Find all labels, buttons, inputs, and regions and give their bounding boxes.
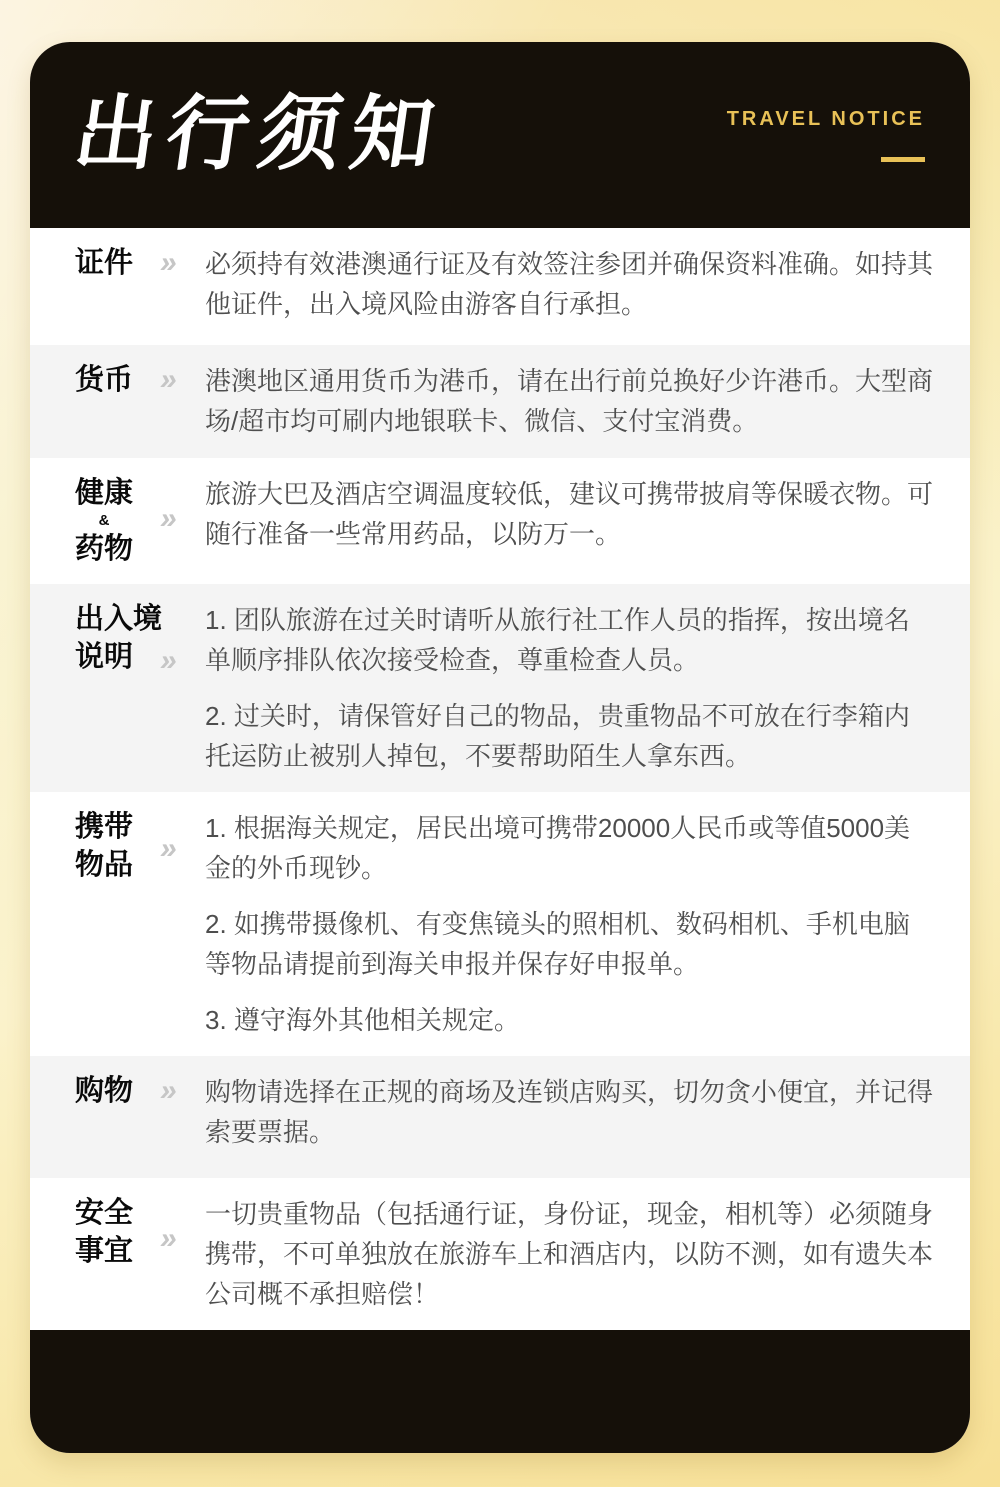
section-documents: 证件 » 必须持有效港澳通行证及有效签注参团并确保资料准确。如持其他证件，出入境… (30, 228, 970, 345)
section-text: 1. 团队旅游在过关时请听从旅行社工作人员的指挥，按出境名单顺序排队依次接受检查… (205, 600, 935, 776)
paragraph: 港澳地区通用货币为港币，请在出行前兑换好少许港币。大型商场/超市均可刷内地银联卡… (205, 361, 935, 441)
section-label-line: 安全 (75, 1194, 160, 1232)
double-chevron-icon: » (160, 830, 205, 868)
section-label-line: 事宜 (75, 1232, 160, 1270)
paragraph: 旅游大巴及酒店空调温度较低，建议可携带披肩等保暖衣物。可随行准备一些常用药品，以… (205, 474, 935, 554)
double-chevron-icon: » (160, 361, 205, 399)
page-subtitle: TRAVEL NOTICE (727, 109, 925, 129)
paragraph: 购物请选择在正规的商场及连锁店购买，切勿贪小便宜，并记得索要票据。 (205, 1072, 935, 1152)
paragraph: 必须持有效港澳通行证及有效签注参团并确保资料准确。如持其他证件，出入境风险由游客… (205, 244, 935, 324)
section-text: 必须持有效港澳通行证及有效签注参团并确保资料准确。如持其他证件，出入境风险由游客… (205, 244, 935, 324)
double-chevron-icon: » (160, 1072, 205, 1110)
gold-dash-decoration (881, 157, 925, 162)
section-label-line: 证件 (75, 244, 160, 282)
section-label-line: 购物 (75, 1072, 160, 1110)
section-label: 健康 & 药物 (75, 474, 133, 568)
paragraph: 2. 如携带摄像机、有变焦镜头的照相机、数码相机、手机电脑等物品请提前到海关申报… (205, 904, 935, 984)
section-label-line: 说明 (75, 638, 160, 676)
section-text: 一切贵重物品（包括通行证，身份证，现金，相机等）必须随身携带，不可单独放在旅游车… (205, 1194, 935, 1314)
section-label: 出入境 说明 (75, 600, 160, 676)
double-chevron-icon: » (160, 642, 205, 680)
section-text: 旅游大巴及酒店空调温度较低，建议可携带披肩等保暖衣物。可随行准备一些常用药品，以… (205, 474, 935, 554)
card-footer (30, 1330, 970, 1453)
section-health-medicine: 健康 & 药物 » 旅游大巴及酒店空调温度较低，建议可携带披肩等保暖衣物。可随行… (30, 458, 970, 584)
ampersand-text: & (75, 512, 133, 530)
section-safety: 安全 事宜 » 一切贵重物品（包括通行证，身份证，现金，相机等）必须随身携带，不… (30, 1178, 970, 1330)
section-label: 安全 事宜 (75, 1194, 160, 1270)
paragraph: 2. 过关时，请保管好自己的物品，贵重物品不可放在行李箱内托运防止被别人掉包，不… (205, 696, 935, 776)
section-label: 携带 物品 (75, 808, 160, 884)
paragraph: 1. 根据海关规定，居民出境可携带20000人民币或等值5000美金的外币现钞。 (205, 808, 935, 888)
travel-notice-card: 出行须知 TRAVEL NOTICE 证件 » 必须持有效港澳通行证及有效签注参… (30, 42, 970, 1453)
section-shopping: 购物 » 购物请选择在正规的商场及连锁店购买，切勿贪小便宜，并记得索要票据。 (30, 1056, 970, 1178)
section-label-line: 药物 (75, 530, 133, 568)
section-label-line: 出入境 (75, 600, 160, 638)
section-carried-items: 携带 物品 » 1. 根据海关规定，居民出境可携带20000人民币或等值5000… (30, 792, 970, 1056)
section-label-line: 货币 (75, 361, 160, 399)
double-chevron-icon: » (160, 244, 205, 282)
page-title: 出行须知 (69, 94, 449, 176)
section-currency: 货币 » 港澳地区通用货币为港币，请在出行前兑换好少许港币。大型商场/超市均可刷… (30, 345, 970, 458)
section-label-line: 物品 (75, 846, 160, 884)
section-label-line: 健康 (75, 474, 133, 512)
double-chevron-icon: » (160, 1220, 205, 1258)
section-label-line: 携带 (75, 808, 160, 846)
section-text: 港澳地区通用货币为港币，请在出行前兑换好少许港币。大型商场/超市均可刷内地银联卡… (205, 361, 935, 441)
paragraph: 一切贵重物品（包括通行证，身份证，现金，相机等）必须随身携带，不可单独放在旅游车… (205, 1194, 935, 1314)
section-text: 1. 根据海关规定，居民出境可携带20000人民币或等值5000美金的外币现钞。… (205, 808, 935, 1040)
section-label: 购物 (75, 1072, 160, 1110)
paragraph: 1. 团队旅游在过关时请听从旅行社工作人员的指挥，按出境名单顺序排队依次接受检查… (205, 600, 935, 680)
section-label: 货币 (75, 361, 160, 399)
card-header: 出行须知 TRAVEL NOTICE (30, 42, 970, 228)
section-text: 购物请选择在正规的商场及连锁店购买，切勿贪小便宜，并记得索要票据。 (205, 1072, 935, 1152)
card-body: 证件 » 必须持有效港澳通行证及有效签注参团并确保资料准确。如持其他证件，出入境… (30, 228, 970, 1330)
header-right-block: TRAVEL NOTICE (727, 109, 925, 162)
section-label: 证件 (75, 244, 160, 282)
paragraph: 3. 遵守海外其他相关规定。 (205, 1000, 935, 1040)
double-chevron-icon: » (160, 500, 205, 538)
section-immigration-notes: 出入境 说明 » 1. 团队旅游在过关时请听从旅行社工作人员的指挥，按出境名单顺… (30, 584, 970, 792)
